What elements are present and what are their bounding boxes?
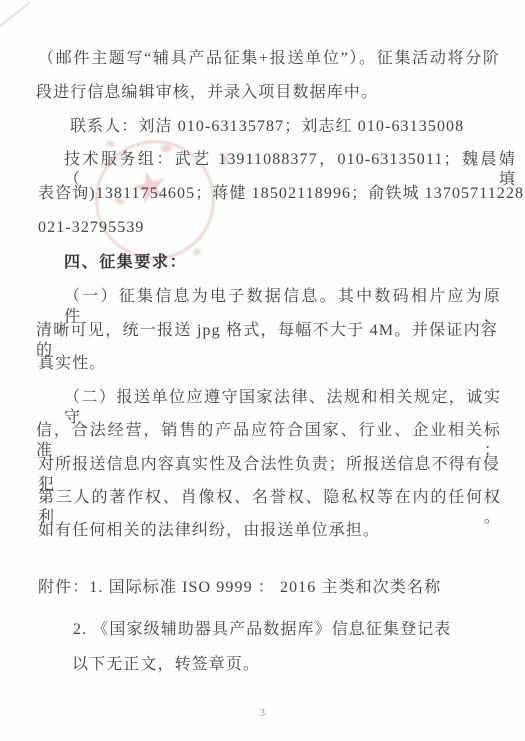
document-page: ★ （邮件主题写“辅具产品征集+报送单位”）。征集活动将分阶 段进行信息编辑审核… <box>0 0 525 741</box>
attachment-line: 2. 《国家级辅助器具产品数据库》信息征集登记表 <box>73 620 451 640</box>
tech-support-line: 表咨询)13811754605；蒋健 18502118996；俞铁城 13705… <box>38 184 525 204</box>
requirement-line: 真实性。 <box>38 354 106 374</box>
closing-note-line: 以下无正文，转签章页。 <box>72 655 260 675</box>
attachment-line: 附件：1. 国际标准 ISO 9999 ： 2016 主类和次类名称 <box>38 578 441 598</box>
section-heading: 四、征集要求： <box>64 253 187 273</box>
seal-ink-speck <box>192 248 202 257</box>
body-line: （邮件主题写“辅具产品征集+报送单位”）。征集活动将分阶 <box>38 49 500 69</box>
scan-artifact-mark <box>0 2 30 28</box>
contact-line: 联系人：刘洁 010-63135787；刘志红 010-63135008 <box>70 117 464 137</box>
page-number: 3 <box>0 708 525 719</box>
tech-support-line: 021-32795539 <box>38 218 145 238</box>
body-line: 段进行信息编辑审核，并录入项目数据库中。 <box>36 83 378 103</box>
requirement-line: 如有任何相关的法律纠纷，由报送单位承担。 <box>38 521 380 541</box>
seal-ink-speck <box>105 140 116 149</box>
